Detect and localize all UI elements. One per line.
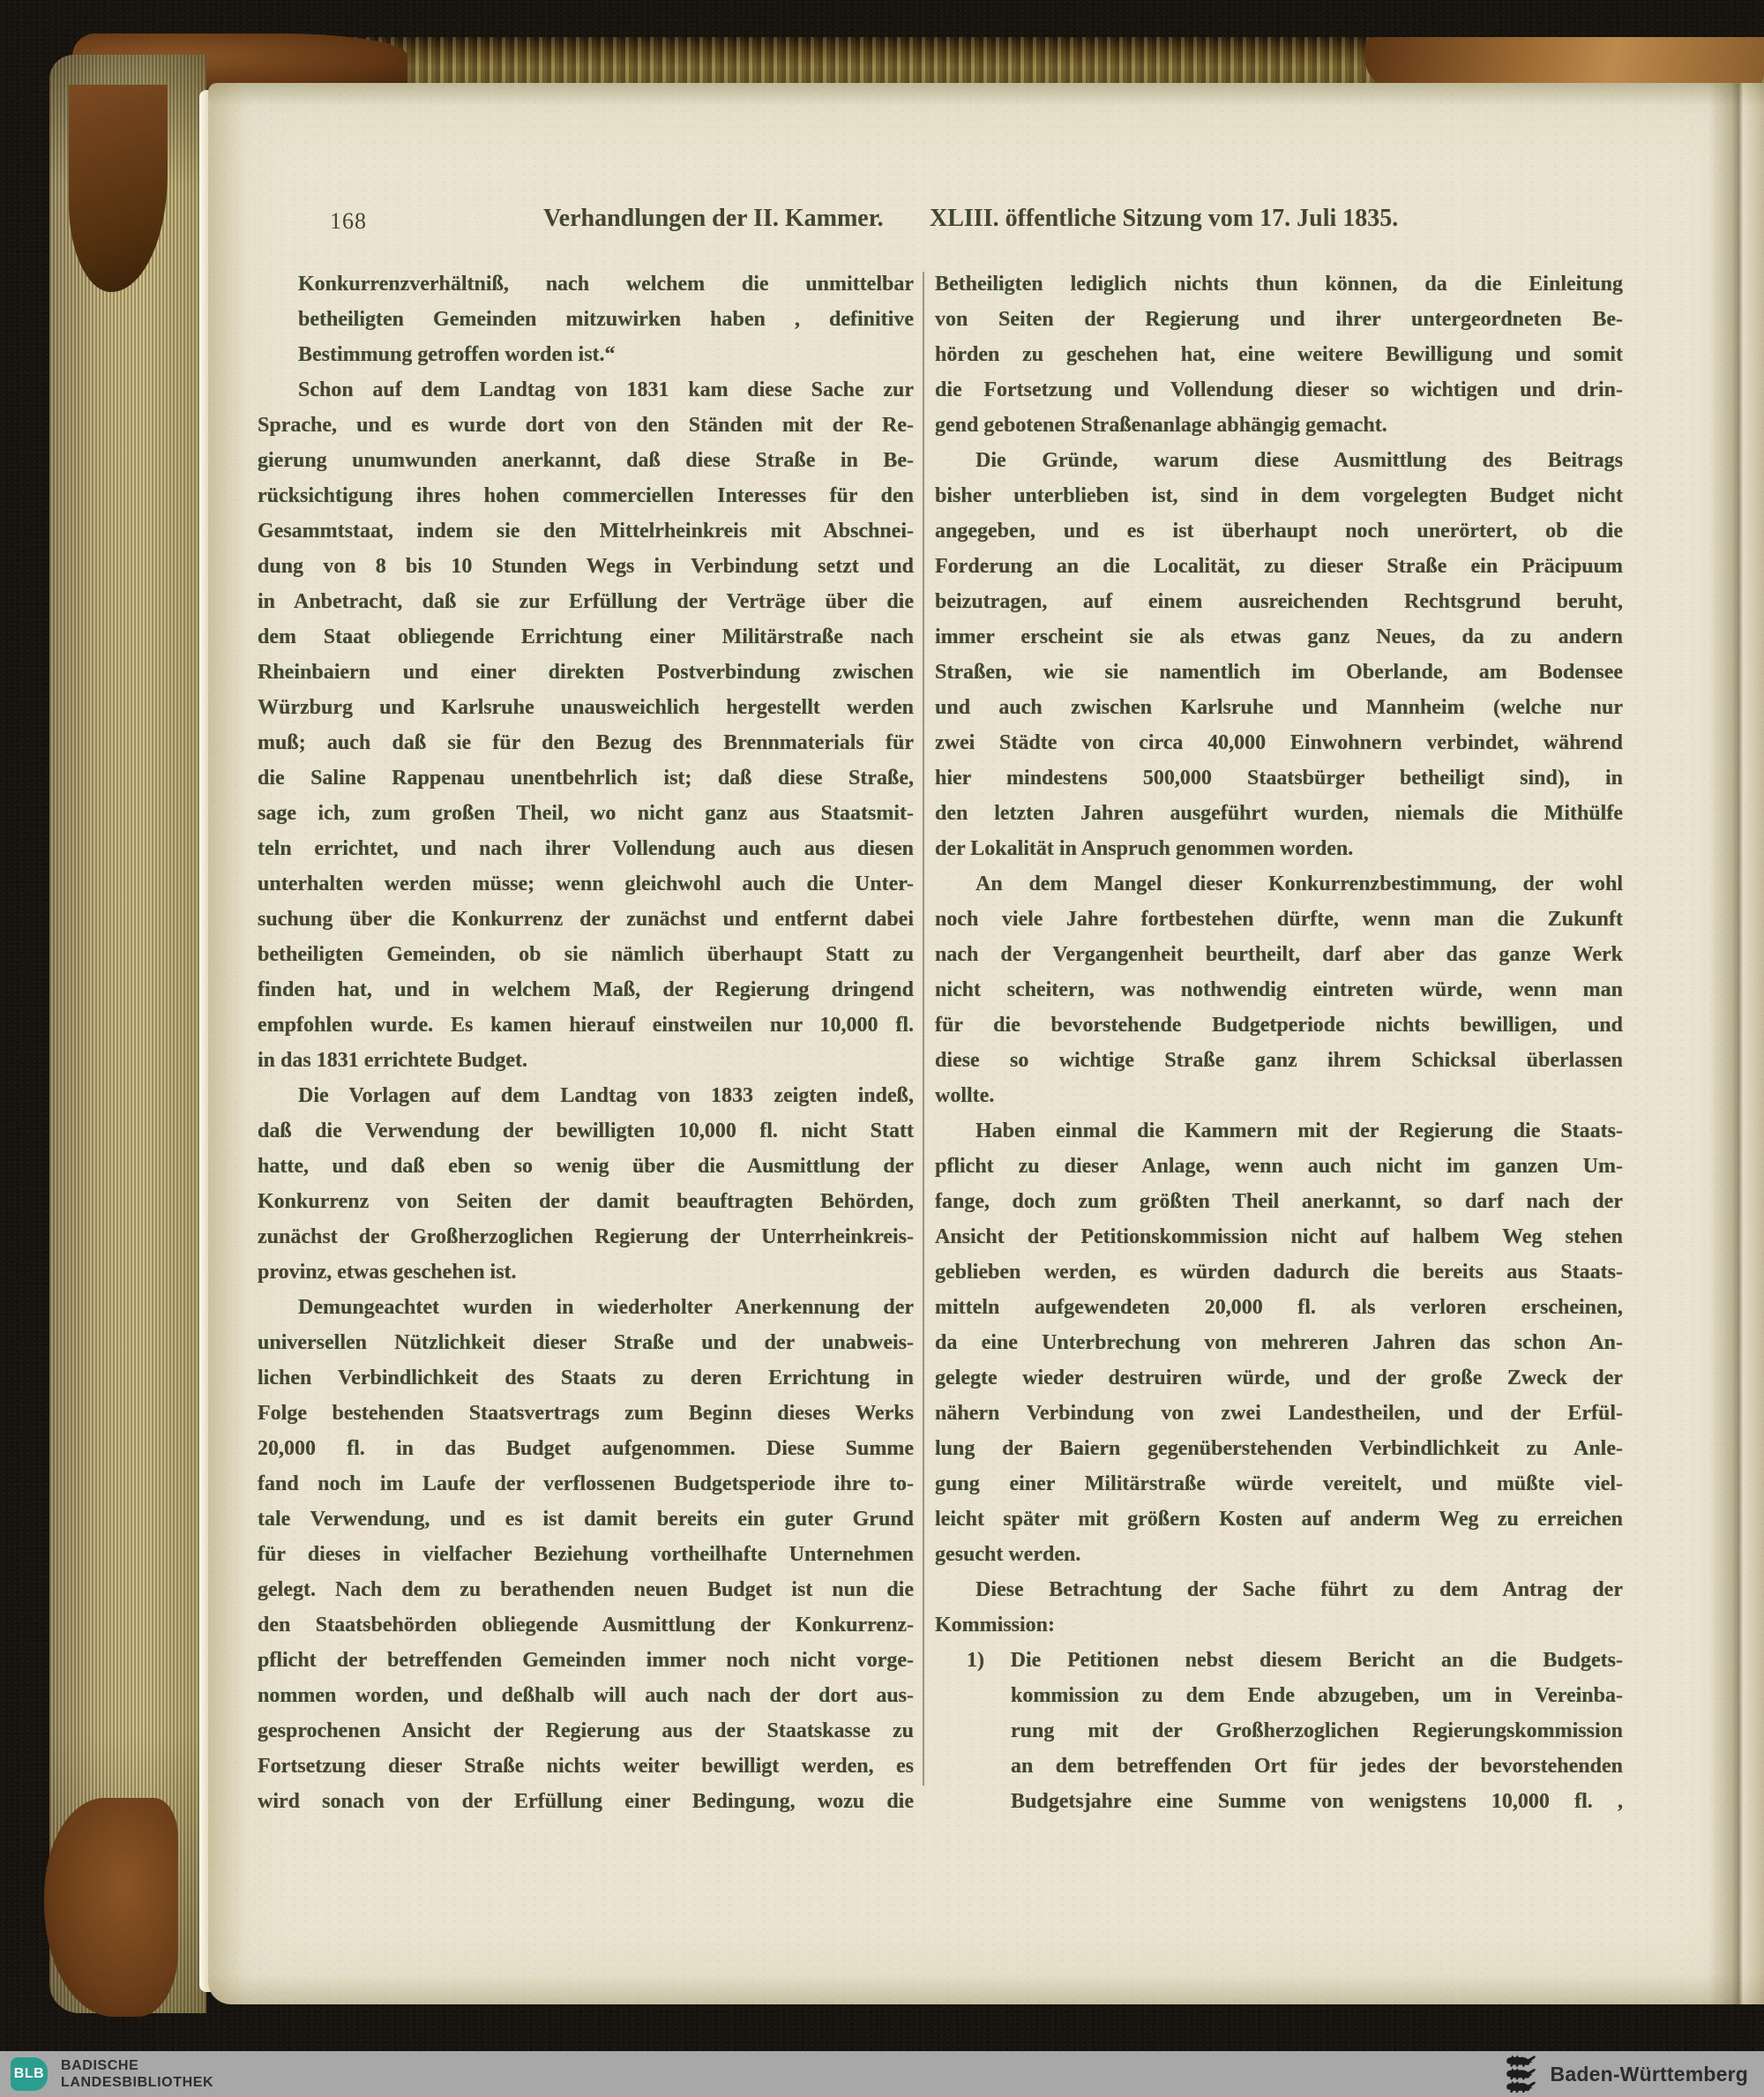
text-line: zunächst der Großherzoglichen Regierung … <box>258 1219 914 1254</box>
text-line: An dem Mangel dieser Konkurrenzbestimmun… <box>935 866 1623 902</box>
text-line: den letzten Jahren ausgeführt wurden, ni… <box>935 796 1623 831</box>
text-line: gung einer Militärstraße würde vereitelt… <box>935 1466 1623 1502</box>
text-line: geblieben werden, es würden dadurch die … <box>935 1254 1623 1290</box>
library-name-line1: BADISCHE <box>61 2057 213 2074</box>
text-line: fange, doch zum größten Theil anerkannt,… <box>935 1184 1623 1219</box>
text-line: Sprache, und es wurde dort von den Ständ… <box>258 408 914 443</box>
blb-logo: BLB <box>11 2057 48 2091</box>
text-line: Würzburg und Karlsruhe unausweichlich he… <box>258 690 914 725</box>
text-line: tale Verwendung, und es ist damit bereit… <box>258 1502 914 1537</box>
text-line: rung mit der Großherzoglichen Regierungs… <box>935 1713 1623 1749</box>
text-line: empfohlen wurde. Es kamen hierauf einstw… <box>258 1007 914 1043</box>
text-line: teln errichtet, und nach ihrer Vollendun… <box>258 831 914 866</box>
text-line: betheiligten Gemeinden mitzuwirken haben… <box>258 302 914 337</box>
text-line: gesprochenen Ansicht der Regierung aus d… <box>258 1713 914 1749</box>
text-line: leicht später mit größern Kosten auf and… <box>935 1502 1623 1537</box>
text-line: Straßen, wie sie namentlich im Oberlande… <box>935 655 1623 690</box>
book-fore-edge <box>49 55 206 2013</box>
text-line: die Saline Rappenau unentbehrlich ist; d… <box>258 760 914 796</box>
footer-bar: BLB BADISCHE LANDESBIBLIOTHEK Baden-Würt… <box>0 2051 1764 2097</box>
text-line: daß die Verwendung der bewilligten 10,00… <box>258 1113 914 1149</box>
text-line: hier mindestens 500,000 Staatsbürger bet… <box>935 760 1623 796</box>
text-line: bisher unterblieben ist, sind in dem vor… <box>935 478 1623 513</box>
text-line: nommen worden, und deßhalb will auch nac… <box>258 1678 914 1713</box>
text-line: noch viele Jahre fortbestehen dürfte, we… <box>935 902 1623 937</box>
text-line: nicht scheitern, was nothwendig eintrete… <box>935 972 1623 1007</box>
session-title: XLIII. öffentliche Sitzung vom 17. Juli … <box>930 205 1398 233</box>
text-line: dem Staat obliegende Errichtung einer Mi… <box>258 619 914 655</box>
text-line: Die Gründe, warum diese Ausmittlung des … <box>935 443 1623 478</box>
text-line: immer erscheint sie als etwas ganz Neues… <box>935 619 1623 655</box>
page-number: 168 <box>330 208 367 235</box>
text-line: gierung unumwunden anerkannt, daß diese … <box>258 443 914 478</box>
text-line: dung von 8 bis 10 Stunden Wegs in Verbin… <box>258 549 914 584</box>
text-line: suchung über die Konkurrenz der zunächst… <box>258 902 914 937</box>
text-line: Gesammtstaat, indem sie den Mittelrheink… <box>258 513 914 549</box>
text-line: nähern Verbindung von zwei Landestheilen… <box>935 1396 1623 1431</box>
library-brand: BLB BADISCHE LANDESBIBLIOTHEK <box>11 2057 213 2091</box>
state-brand: Baden-Württemberg <box>1506 2055 1748 2093</box>
text-line: gelegt. Nach dem zu berathenden neuen Bu… <box>258 1572 914 1607</box>
text-line: in das 1831 errichtete Budget. <box>258 1043 914 1078</box>
text-line: kommission zu dem Ende abzugeben, um in … <box>935 1678 1623 1713</box>
text-line: lichen Verbindlichkeit des Staats zu der… <box>258 1360 914 1396</box>
text-line: Betheiligten lediglich nichts thun könne… <box>935 266 1623 302</box>
text-line: Kommission: <box>935 1607 1623 1643</box>
text-line: gelegte wieder destruiren würde, und der… <box>935 1360 1623 1396</box>
text-line: pflicht der betreffenden Gemeinden immer… <box>258 1643 914 1678</box>
text-line: von Seiten der Regierung und ihrer unter… <box>935 302 1623 337</box>
text-line: die Fortsetzung und Vollendung dieser so… <box>935 372 1623 408</box>
text-line: Demungeachtet wurden in wiederholter Ane… <box>258 1290 914 1325</box>
text-line: rücksichtigung ihres hohen commerciellen… <box>258 478 914 513</box>
text-line: Konkurrenz von Seiten der damit beauftra… <box>258 1184 914 1219</box>
text-line: Diese Betrachtung der Sache führt zu dem… <box>935 1572 1623 1607</box>
text-line: sage ich, zum großen Theil, wo nicht gan… <box>258 796 914 831</box>
text-line: angegeben, und es ist überhaupt noch une… <box>935 513 1623 549</box>
text-line: Die Vorlagen auf dem Landtag von 1833 ze… <box>258 1078 914 1113</box>
text-line: universellen Nützlichkeit dieser Straße … <box>258 1325 914 1360</box>
text-line: wird sonach von der Erfüllung einer Bedi… <box>258 1784 914 1819</box>
text-line: Fortsetzung dieser Straße nichts weiter … <box>258 1749 914 1784</box>
text-line: diese so wichtige Straße ganz ihrem Schi… <box>935 1043 1623 1078</box>
text-line: gesucht werden. <box>935 1537 1623 1572</box>
library-name: BADISCHE LANDESBIBLIOTHEK <box>61 2057 213 2091</box>
text-line: den Staatsbehörden obliegende Ausmittlun… <box>258 1607 914 1643</box>
text-line: Folge bestehenden Staatsvertrags zum Beg… <box>258 1396 914 1431</box>
text-line: 20,000 fl. in das Budget aufgenommen. Di… <box>258 1431 914 1466</box>
scan-background: 168 Verhandlungen der II. Kammer. XLIII.… <box>0 0 1764 2097</box>
text-line: hörden zu geschehen hat, eine weitere Be… <box>935 337 1623 372</box>
text-line: Konkurrenzverhältniß, nach welchem die u… <box>258 266 914 302</box>
column-divider <box>923 272 924 1786</box>
text-line: provinz, etwas geschehen ist. <box>258 1254 914 1290</box>
text-line: Rheinbaiern und einer direkten Postverbi… <box>258 655 914 690</box>
text-line: hatte, und daß eben so wenig über die Au… <box>258 1149 914 1184</box>
text-line: beizutragen, auf einem ausreichenden Rec… <box>935 584 1623 619</box>
leather-corner-bottom-left <box>44 1798 178 2017</box>
text-line: mitteln aufgewendeten 20,000 fl. als ver… <box>935 1290 1623 1325</box>
text-line: für die bevorstehende Budgetperiode nich… <box>935 1007 1623 1043</box>
text-line: Ansicht der Petitionskommission nicht au… <box>935 1219 1623 1254</box>
library-name-line2: LANDESBIBLIOTHEK <box>61 2074 213 2091</box>
text-line: betheiligten Gemeinden, ob sie nämlich ü… <box>258 937 914 972</box>
text-line: Bestimmung getroffen worden ist.“ <box>258 337 914 372</box>
page-fold-shadow <box>1708 83 1764 2004</box>
text-line: Budgetsjahre eine Summe von wenigstens 1… <box>935 1784 1623 1819</box>
text-line: zwei Städte von circa 40,000 Einwohnern … <box>935 725 1623 760</box>
text-line: muß; auch daß sie für den Bezug des Bren… <box>258 725 914 760</box>
leather-corner-top-right <box>1365 37 1764 86</box>
three-lions-icon <box>1506 2055 1537 2093</box>
text-line: pflicht zu dieser Anlage, wenn auch nich… <box>935 1149 1623 1184</box>
text-line: an dem betreffenden Ort für jedes der be… <box>935 1749 1623 1784</box>
text-line: 1) Die Petitionen nebst diesem Bericht a… <box>935 1643 1623 1678</box>
text-line: in Anbetracht, daß sie zur Erfüllung der… <box>258 584 914 619</box>
text-line: da eine Unterbrechung von mehreren Jahre… <box>935 1325 1623 1360</box>
text-column-left: Konkurrenzverhältniß, nach welchem die u… <box>258 266 914 1819</box>
book-page: 168 Verhandlungen der II. Kammer. XLIII.… <box>208 83 1764 2004</box>
text-line: für dieses in vielfacher Beziehung vorth… <box>258 1537 914 1572</box>
running-title: Verhandlungen der II. Kammer. <box>543 205 884 233</box>
text-line: finden hat, und in welchem Maß, der Regi… <box>258 972 914 1007</box>
text-line: nach der Vergangenheit beurtheilt, darf … <box>935 937 1623 972</box>
state-name: Baden-Württemberg <box>1551 2063 1748 2086</box>
text-line: Forderung an die Localität, zu dieser St… <box>935 549 1623 584</box>
text-line: und auch zwischen Karlsruhe und Mannheim… <box>935 690 1623 725</box>
text-line: Haben einmal die Kammern mit der Regieru… <box>935 1113 1623 1149</box>
text-line: fand noch im Laufe der verflossenen Budg… <box>258 1466 914 1502</box>
text-line: gend gebotenen Straßenanlage abhängig ge… <box>935 408 1623 443</box>
text-line: Schon auf dem Landtag von 1831 kam diese… <box>258 372 914 408</box>
text-column-right: Betheiligten lediglich nichts thun könne… <box>935 266 1623 1819</box>
text-line: unterhalten werden müsse; wenn gleichwoh… <box>258 866 914 902</box>
text-line: lung der Baiern gegenüberstehenden Verbi… <box>935 1431 1623 1466</box>
text-line: wollte. <box>935 1078 1623 1113</box>
text-line: der Lokalität in Anspruch genommen worde… <box>935 831 1623 866</box>
